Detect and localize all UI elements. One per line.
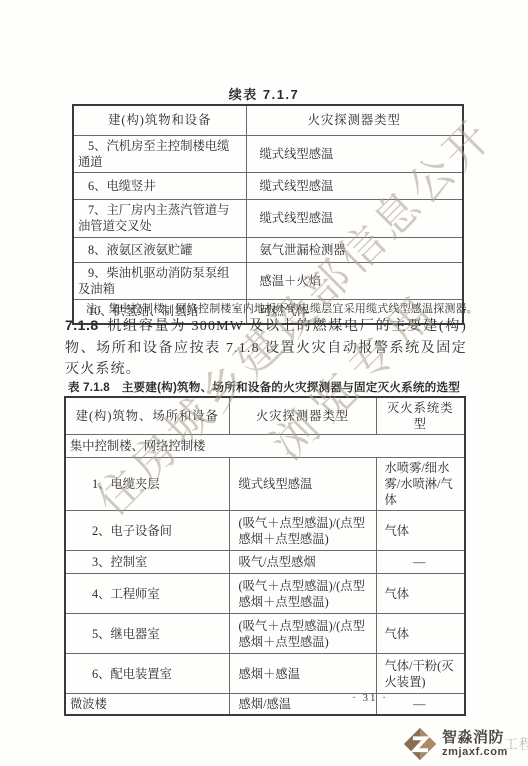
table-7-1-7: 建(构)筑物和设备 火灾探测器类型 5、汽机房至主控制楼电缆通道 缆式线型感温 … <box>72 104 464 325</box>
building-cell: 7、主厂房内主蒸汽管道与油管道交叉处 <box>73 199 246 237</box>
building-cell: 8、液氨区液氨贮罐 <box>73 237 246 262</box>
table-7-1-8: 建(构)筑物、场所和设备 火灾探测器类型 灭火系统类型 集中控制楼、网络控制楼 … <box>64 396 466 716</box>
vendor-stamp: 工程 智淼消防 zmjaxf.com <box>401 722 528 766</box>
document-page: 住房城乡建设部信息公开 浏览专用 续表 7.1.7 建(构)筑物和设备 火灾探测… <box>0 0 528 766</box>
building-cell: 5、汽机房至主控制楼电缆通道 <box>73 135 246 172</box>
table-row: 5、继电器室 (吸气＋点型感温)/(点型感烟＋点型感温) 气体 <box>65 614 465 654</box>
table-row: 4、工程师室 (吸气＋点型感温)/(点型感烟＋点型感温) 气体 <box>65 574 465 614</box>
continued-table-title: 续表 7.1.7 <box>64 84 464 103</box>
table-row: 微波楼 感烟/感温 — <box>65 694 465 716</box>
table-row: 6、配电装置室 感烟＋感温 气体/干粉(灭火装置) <box>65 654 465 694</box>
table-row: 8、液氨区液氨贮罐 氨气泄漏检测器 <box>73 237 463 262</box>
clause-number: 7.1.8 <box>65 317 99 333</box>
vendor-site: zmjaxf.com <box>442 746 508 759</box>
building-cell: 5、继电器室 <box>65 614 229 654</box>
building-cell: 微波楼 <box>65 694 229 716</box>
column-header: 火灾探测器类型 <box>246 105 463 135</box>
detector-cell: 感烟＋感温 <box>229 654 376 694</box>
system-cell: — <box>376 551 465 574</box>
detector-cell: (吸气＋点型感温)/(点型感烟＋点型感温) <box>229 511 376 551</box>
detector-cell: 缆式线型感温 <box>246 135 463 172</box>
table-row: 6、电缆竖井 缆式线型感温 <box>73 172 463 199</box>
page-number: · 31 · <box>338 692 402 704</box>
table-7-1-8-caption: 表 7.1.8 主要建(构)筑物、场所和设备的火灾探测器与固定灭火系统的选型 <box>60 379 468 395</box>
detector-cell: 缆式线型感温 <box>246 172 463 199</box>
table-note: 注：集中控制楼、网络控制楼室内地板下的电缆层宜采用缆式线型感温探测器。 <box>86 300 490 316</box>
building-cell: 6、配电装置室 <box>65 654 229 694</box>
table-row: 5、汽机房至主控制楼电缆通道 缆式线型感温 <box>73 135 463 172</box>
column-header: 火灾探测器类型 <box>229 397 376 435</box>
building-cell: 6、电缆竖井 <box>73 172 246 199</box>
detector-cell: 感温＋火焰 <box>246 262 463 299</box>
section-row: 集中控制楼、网络控制楼 <box>65 435 465 458</box>
detector-cell: (吸气＋点型感温)/(点型感烟＋点型感温) <box>229 574 376 614</box>
table-row: 2、电子设备间 (吸气＋点型感温)/(点型感烟＋点型感温) 气体 <box>65 511 465 551</box>
table-row: 1、电缆夹层 缆式线型感温 水喷雾/细水雾/水喷淋/气体 <box>65 458 465 511</box>
table-row: 7、主厂房内主蒸汽管道与油管道交叉处 缆式线型感温 <box>73 199 463 237</box>
detector-cell: 吸气/点型感烟 <box>229 551 376 574</box>
clause-7-1-8: 7.1.8机组容量为 300MW 及以上的燃煤电厂的主要建(构)物、场所和设备应… <box>65 315 467 381</box>
vendor-logo-icon <box>401 725 439 763</box>
table-header-row: 建(构)筑物和设备 火灾探测器类型 <box>73 105 463 135</box>
building-cell: 4、工程师室 <box>65 574 229 614</box>
detector-cell: 氨气泄漏检测器 <box>246 237 463 262</box>
system-cell: 气体 <box>376 614 465 654</box>
clause-text: 机组容量为 300MW 及以上的燃煤电厂的主要建(构)物、场所和设备应按表 7.… <box>65 319 467 377</box>
vendor-stamp-suffix: 工程 <box>504 734 528 754</box>
column-header: 建(构)筑物和设备 <box>73 105 246 135</box>
detector-cell: 缆式线型感温 <box>246 199 463 237</box>
building-cell: 1、电缆夹层 <box>65 458 229 511</box>
vendor-name: 智淼消防 <box>442 730 508 746</box>
building-cell: 3、控制室 <box>65 551 229 574</box>
table-row: 3、控制室 吸气/点型感烟 — <box>65 551 465 574</box>
table-row: 9、柴油机驱动消防泵泵组及油箱 感温＋火焰 <box>73 262 463 299</box>
system-cell: 气体/干粉(灭火装置) <box>376 654 465 694</box>
system-cell: 水喷雾/细水雾/水喷淋/气体 <box>376 458 465 511</box>
table-header-row: 建(构)筑物、场所和设备 火灾探测器类型 灭火系统类型 <box>65 397 465 435</box>
detector-cell: 缆式线型感温 <box>229 458 376 511</box>
building-cell: 9、柴油机驱动消防泵泵组及油箱 <box>73 262 246 299</box>
detector-cell: (吸气＋点型感温)/(点型感烟＋点型感温) <box>229 614 376 654</box>
column-header: 灭火系统类型 <box>376 397 465 435</box>
column-header: 建(构)筑物、场所和设备 <box>65 397 229 435</box>
section-label: 集中控制楼、网络控制楼 <box>65 435 465 458</box>
vendor-stamp-text: 工程 智淼消防 zmjaxf.com <box>442 730 508 759</box>
system-cell: 气体 <box>376 511 465 551</box>
system-cell: 气体 <box>376 574 465 614</box>
building-cell: 2、电子设备间 <box>65 511 229 551</box>
